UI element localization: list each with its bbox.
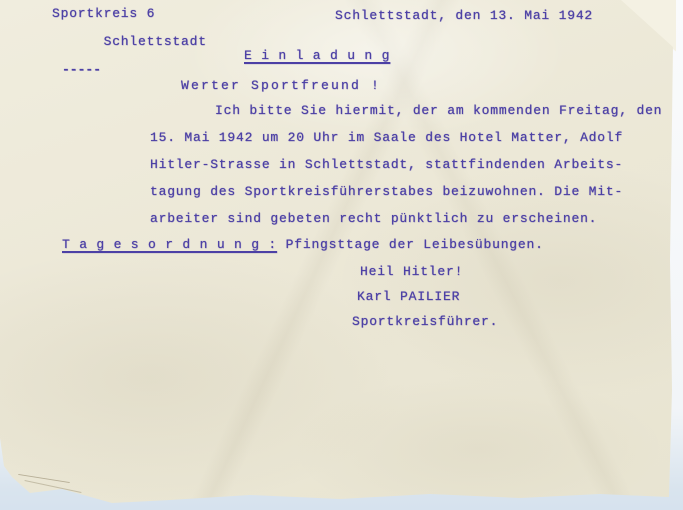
body-line-5: arbeiter sind gebeten recht pünktlich zu…	[150, 211, 597, 226]
bottom-left-crease-line-2	[25, 480, 82, 493]
agenda-label: T a g e s o r d n u n g :	[62, 237, 277, 252]
letter-title: E i n l a d u n g	[244, 48, 390, 63]
scanned-letter-scene: Sportkreis 6 Schlettstadt ----- Schletts…	[0, 0, 683, 510]
bottom-left-crease-line	[18, 474, 70, 483]
sender-underline-dashes: -----	[62, 63, 207, 77]
closing-salute: Heil Hitler!	[360, 264, 463, 279]
dateline: Schlettstadt, den 13. Mai 1942	[335, 8, 593, 23]
closing-signature: Karl PAILIER	[357, 289, 460, 304]
sender-place: Schlettstadt	[104, 34, 207, 49]
salutation: Werter Sportfreund !	[181, 78, 381, 93]
body-line-2: 15. Mai 1942 um 20 Uhr im Saale des Hote…	[150, 130, 623, 145]
letter-paper: Sportkreis 6 Schlettstadt ----- Schletts…	[0, 0, 683, 510]
sender-org: Sportkreis 6	[52, 6, 155, 21]
agenda-line: T a g e s o r d n u n g : Pfingsttage de…	[62, 237, 544, 252]
body-line-4: tagung des Sportkreisführerstabes beizuw…	[150, 184, 623, 199]
agenda-item: Pfingsttage der Leibesübungen.	[286, 237, 544, 252]
closing-role: Sportkreisführer.	[352, 314, 498, 329]
body-line-3: Hitler-Strasse in Schlettstadt, stattfin…	[150, 157, 623, 172]
body-line-1: Ich bitte Sie hiermit, der am kommenden …	[215, 103, 662, 118]
